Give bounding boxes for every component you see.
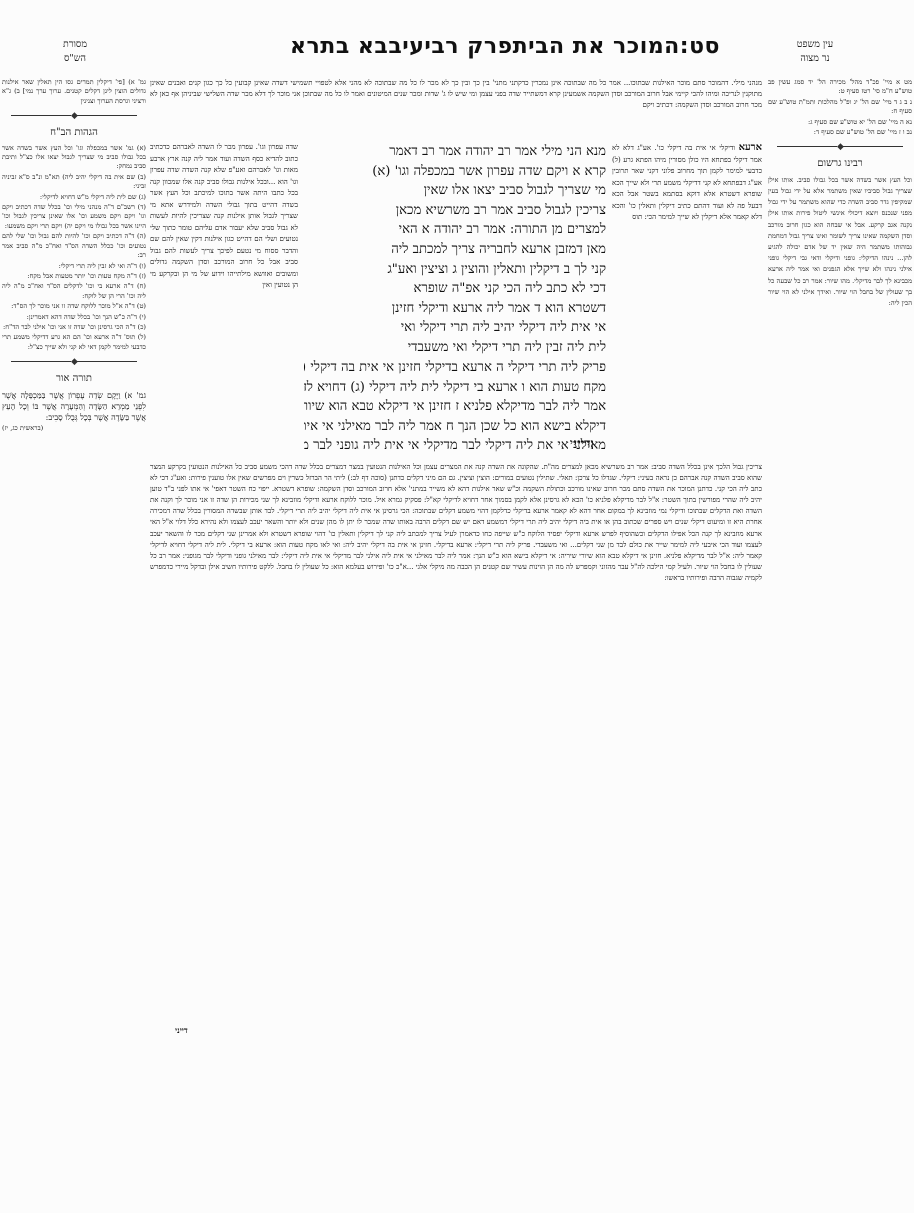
rashi-side-text: ודיקלי אי אית בה דיקלי כו'. אע"ג דלא לא … [612,144,762,221]
right-margin-column: מט א מיי' פכ"ד מהל' מכירה הל' יד סמג עשי… [768,78,912,310]
bach-note: (ז) ד"ה מקח טעות וכו' יותר מטעות אבל מקח… [2,272,146,281]
gemara-line: דכי לא כתב ליה הכי קני אפ"ה שופרא [304,279,606,299]
bach-note: (ה) ד"ה דכתיב ויקם וכו' להיות להם גבול ו… [2,232,146,260]
tosafot-side-column: שדה עפרון וגו'. עפרון מכר לו השדה לאברהם… [150,142,298,292]
gemara-line: קני לך ב דיקלין ותאלין והוצין ג וציצין ו… [304,260,606,280]
left-margin-column: גמ' א) [פי' דיקלין תמרים גסו הין תאלין ש… [2,78,146,434]
bach-note: (ח) ד"ה ארעא בי וכו' לדקלים הס"ד ואח"כ מ… [2,282,146,301]
bach-note: (כ) ד"ה הכי גרסינן וכו' שדה זו אני וכו' … [2,323,146,332]
rabbeinu-gershom-text: וכל העץ אשר בשדה אשר בכל גבולו סביב. אות… [768,175,912,309]
bach-note: (ו) ד"ה ואי לא זבין ליה תרי דיקלי: [2,262,146,271]
gemara-line: מי שצריך לגבול סביב יצאו אלו שאין [304,181,606,201]
hagahot-habach-title: הגהות הב"ח [2,124,146,142]
gemara-line: קרא א ויקם שדה עפרון אשר במכפלה וגו' (א) [304,162,606,182]
torah-or-verse: גמ' א) וַיָּקָם שְׂדֵה עֶפְרוֹן אֲשֶׁר ב… [2,390,146,423]
ornament-divider-icon: ◆ [768,143,912,152]
gemara-line: למצרים מן התורה: אמר רב יהודה א האי [304,220,606,240]
rabbeinu-gershom-title: רבינו גרשום [768,155,912,173]
ein-mishpat-entry: נב ו ז מיי' שם הל' טוש"ע שם סעיף ד: [768,128,912,137]
rashi-side-column: ארעא ודיקלי אי אית בה דיקלי כו'. אע"ג דל… [612,142,762,224]
heading-line: נר מצוה [780,52,850,66]
ein-mishpat-entry: נ ב ג ד מיי' שם הל' יג ופ"ל מהלכות ותמ"ת… [768,98,912,117]
heading-line: הש"ס [40,52,110,66]
gemara-line: פריק ליה תרי דיקלי ה ארעא בדיקלי חזינן א… [304,358,606,378]
heading-line: מסורת [40,38,110,52]
bach-note: (ג) שם לית ליה דיקלי מ"ש דחויא לדיקלי: [2,193,146,202]
bach-note: (ב) שם אית בה דיקלי יהיב ליה) תא"מ ונ"ב … [2,173,146,192]
ein-mishpat-entry: נא ה מיי' שם הל' יא טוש"ע שם סעיף ג: [768,118,912,127]
gemara-line: לית ליה זבין ליה תרי דיקלי ואי משעבדי [304,338,606,358]
gemara-line: מאן דמזבן ארעא לחבריה צריך למכתב ליה [304,240,606,260]
gemara-line: צריכין לגבול סביב אמר רב משרשיא מכאן [304,201,606,221]
rashi-headword: ארעא [739,142,762,153]
masoret-hashas-text: גמ' א) [פי' דיקלין תמרים גסו הין תאלין ש… [2,78,146,106]
ornament-divider-icon: ◆ [2,112,146,121]
ein-mishpat-entry: מט א מיי' פכ"ד מהל' מכירה הל' יד סמג עשי… [768,78,912,97]
gemara-line: דיקלא בישא הוא כל שכן הנך ח אמר ליה לבר … [304,417,606,437]
tractate-name: בבא בתרא [290,34,402,59]
rashbam-top-text: מנהני מילי. דהמוכר סתם מוכר האילנות שבתו… [150,79,762,109]
tosafot-side-text: שדה עפרון וגו'. עפרון מכר לו השדה לאברהם… [150,143,298,289]
bach-note: (ל) תוס' ד"ה ארעא וכו' הם הא גרע דדיקלי … [2,333,146,352]
gemara-closing-word: ודייני [570,437,594,452]
gemara-closing: ודייני [304,436,594,452]
rashbam-top: מנהני מילי. דהמוכר סתם מוכר האילנות שבתו… [150,78,762,111]
running-title: סט: המוכר את הבית פרק רביעי בבא בתרא [300,34,720,59]
rashbam-bottom: צריכין גבול הלכך אינן בכלל השדה סביב: אמ… [150,462,762,584]
perek-label: פרק רביעי [402,34,512,59]
heading-line: עין משפט [780,38,850,52]
torah-or-title: תורה אור [2,370,146,388]
masoret-hashas-heading: מסורת הש"ס [40,38,110,66]
chapter-title: המוכר את הבית [513,34,680,59]
ornament-divider-icon: ◆ [2,358,146,367]
bach-note: (י) ד"ה כ"ש הנך וכו' בכלל שדה דהא דאמרינ… [2,313,146,322]
daf-number: סט: [680,34,720,59]
gemara-main-text: מנא הני מילי אמר רב יהודה אמר רב דאמר קר… [304,142,606,358]
bach-note: (ד) רשב"ם ד"ה מנהני מילי וכו' בכלל שדה ד… [2,203,146,231]
gemara-line: אמר ליה לבר מדיקלא פלניא ז חזינן אי דיקל… [304,397,606,417]
page-header: מסורת הש"ס סט: המוכר את הבית פרק רביעי ב… [0,30,914,60]
torah-or-source: (בראשית כג, יז) [2,424,146,433]
bach-note: (ט) ד"ה א"ל מוכר ללוקח שדה זו אני מוכר ל… [2,302,146,311]
rashbam-bottom-text: צריכין גבול הלכך אינן בכלל השדה סביב: אמ… [150,463,762,582]
gemara-line: מנא הני מילי אמר רב יהודה אמר רב דאמר [304,142,606,162]
catchword: דייני [175,1025,188,1035]
gemara-line: אי אית ליה דיקלי יהיב ליה תרי דיקלי ואי [304,318,606,338]
gemara-line: מקח טעות הוא ו ארעא בי דיקלי לית ליה דיק… [304,378,606,398]
ein-mishpat-heading: עין משפט נר מצוה [780,38,850,66]
bach-note: (א) גמ' אשר במכפלה וגו' וכל העץ אשר בשדה… [2,144,146,172]
gemara-line: דשטרא הוא ד אמר ליה ארעא ודיקלי חזינן [304,299,606,319]
